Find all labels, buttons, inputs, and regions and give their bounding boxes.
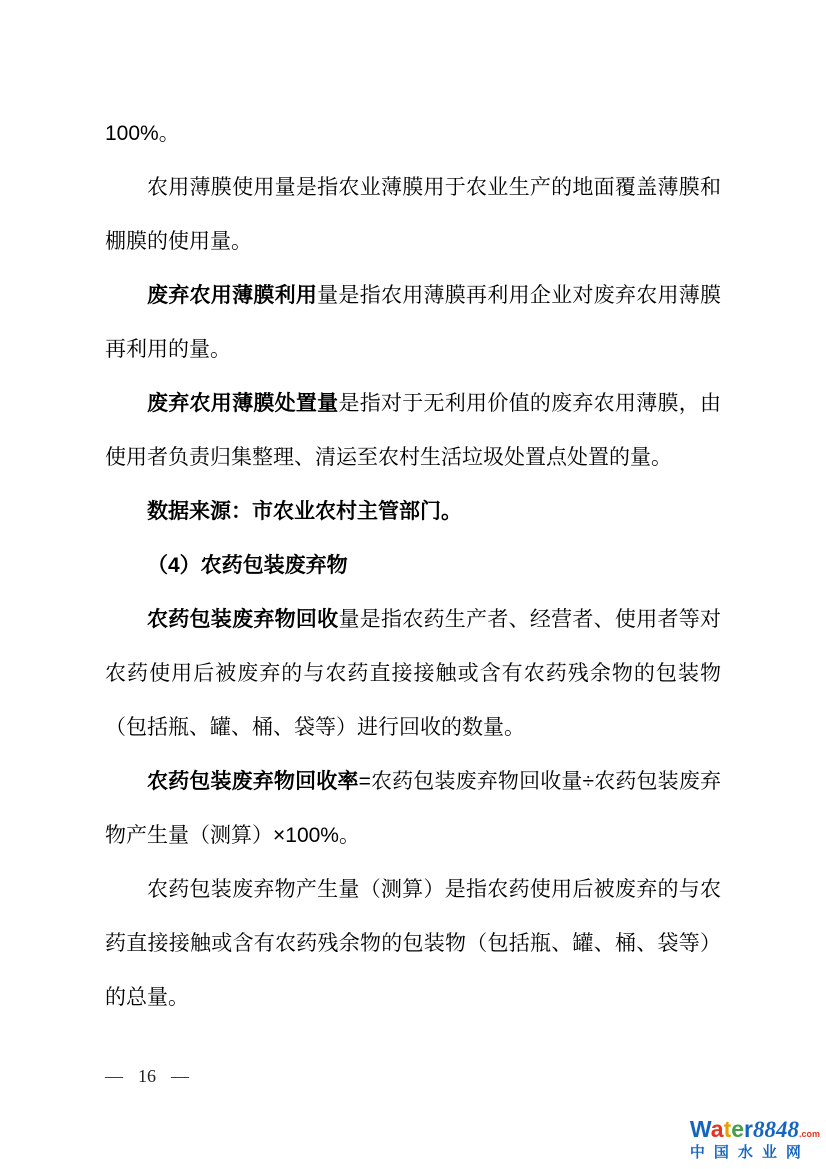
paragraph: 数据来源：市农业农村主管部门。 — [105, 485, 721, 539]
document-body: 100%。农用薄膜使用量是指农业薄膜用于农业生产的地面覆盖薄膜和棚膜的使用量。废… — [105, 107, 721, 1025]
footer-dash-right: — — [171, 1066, 189, 1087]
water8848-logo: Water8848.com 中国水业网 — [690, 1117, 820, 1161]
brand-letter: W — [690, 1116, 711, 1142]
paragraph: 100%。 — [105, 107, 721, 161]
term-bold: 废弃农用薄膜处置量 — [147, 392, 338, 415]
text-run: 农药包装废弃物产生量（测算）是指农药使用后被废弃的与农药直接接触或含有农药残余物… — [105, 878, 721, 1009]
term-bold: 数据来源：市农业农村主管部门。 — [147, 500, 462, 523]
term-bold: 农药包装废弃物回收 — [147, 608, 338, 631]
brand-letter: r — [744, 1116, 753, 1142]
term-bold: 农药包装废弃物回收率 — [147, 770, 359, 793]
term-bold: 废弃农用薄膜利用 — [147, 284, 317, 307]
paragraph: 农用薄膜使用量是指农业薄膜用于农业生产的地面覆盖薄膜和棚膜的使用量。 — [105, 161, 721, 269]
brand-letter: e — [731, 1116, 744, 1142]
water8848-tagline: 中国水业网 — [690, 1145, 820, 1162]
paragraph: 农药包装废弃物回收率=农药包装废弃物回收量÷农药包装废弃物产生量（测算）×100… — [105, 755, 721, 863]
text-run: 农用薄膜使用量是指农业薄膜用于农业生产的地面覆盖薄膜和棚膜的使用量。 — [105, 176, 721, 253]
page-footer: —16— — [105, 1066, 189, 1087]
text-run: 100%。 — [105, 122, 180, 145]
term-bold: （4）农药包装废弃物 — [147, 554, 348, 577]
paragraph: 农药包装废弃物产生量（测算）是指农药使用后被废弃的与农药直接接触或含有农药残余物… — [105, 863, 721, 1025]
paragraph: 农药包装废弃物回收量是指农药生产者、经营者、使用者等对农药使用后被废弃的与农药直… — [105, 593, 721, 755]
paragraph: 废弃农用薄膜处置量是指对于无利用价值的废弃农用薄膜，由使用者负责归集整理、清运至… — [105, 377, 721, 485]
document-page: 100%。农用薄膜使用量是指农业薄膜用于农业生产的地面覆盖薄膜和棚膜的使用量。废… — [0, 0, 826, 1169]
paragraph: （4）农药包装废弃物 — [105, 539, 721, 593]
page-number: 16 — [132, 1066, 162, 1087]
paragraph: 废弃农用薄膜利用量是指农用薄膜再利用企业对废弃农用薄膜再利用的量。 — [105, 269, 721, 377]
water8848-tld: .com — [799, 1129, 820, 1139]
water8848-number: 8848 — [753, 1117, 799, 1142]
water8848-wordmark-line: Water8848.com — [690, 1117, 820, 1142]
footer-dash-left: — — [105, 1066, 123, 1087]
brand-letter: a — [711, 1116, 724, 1142]
